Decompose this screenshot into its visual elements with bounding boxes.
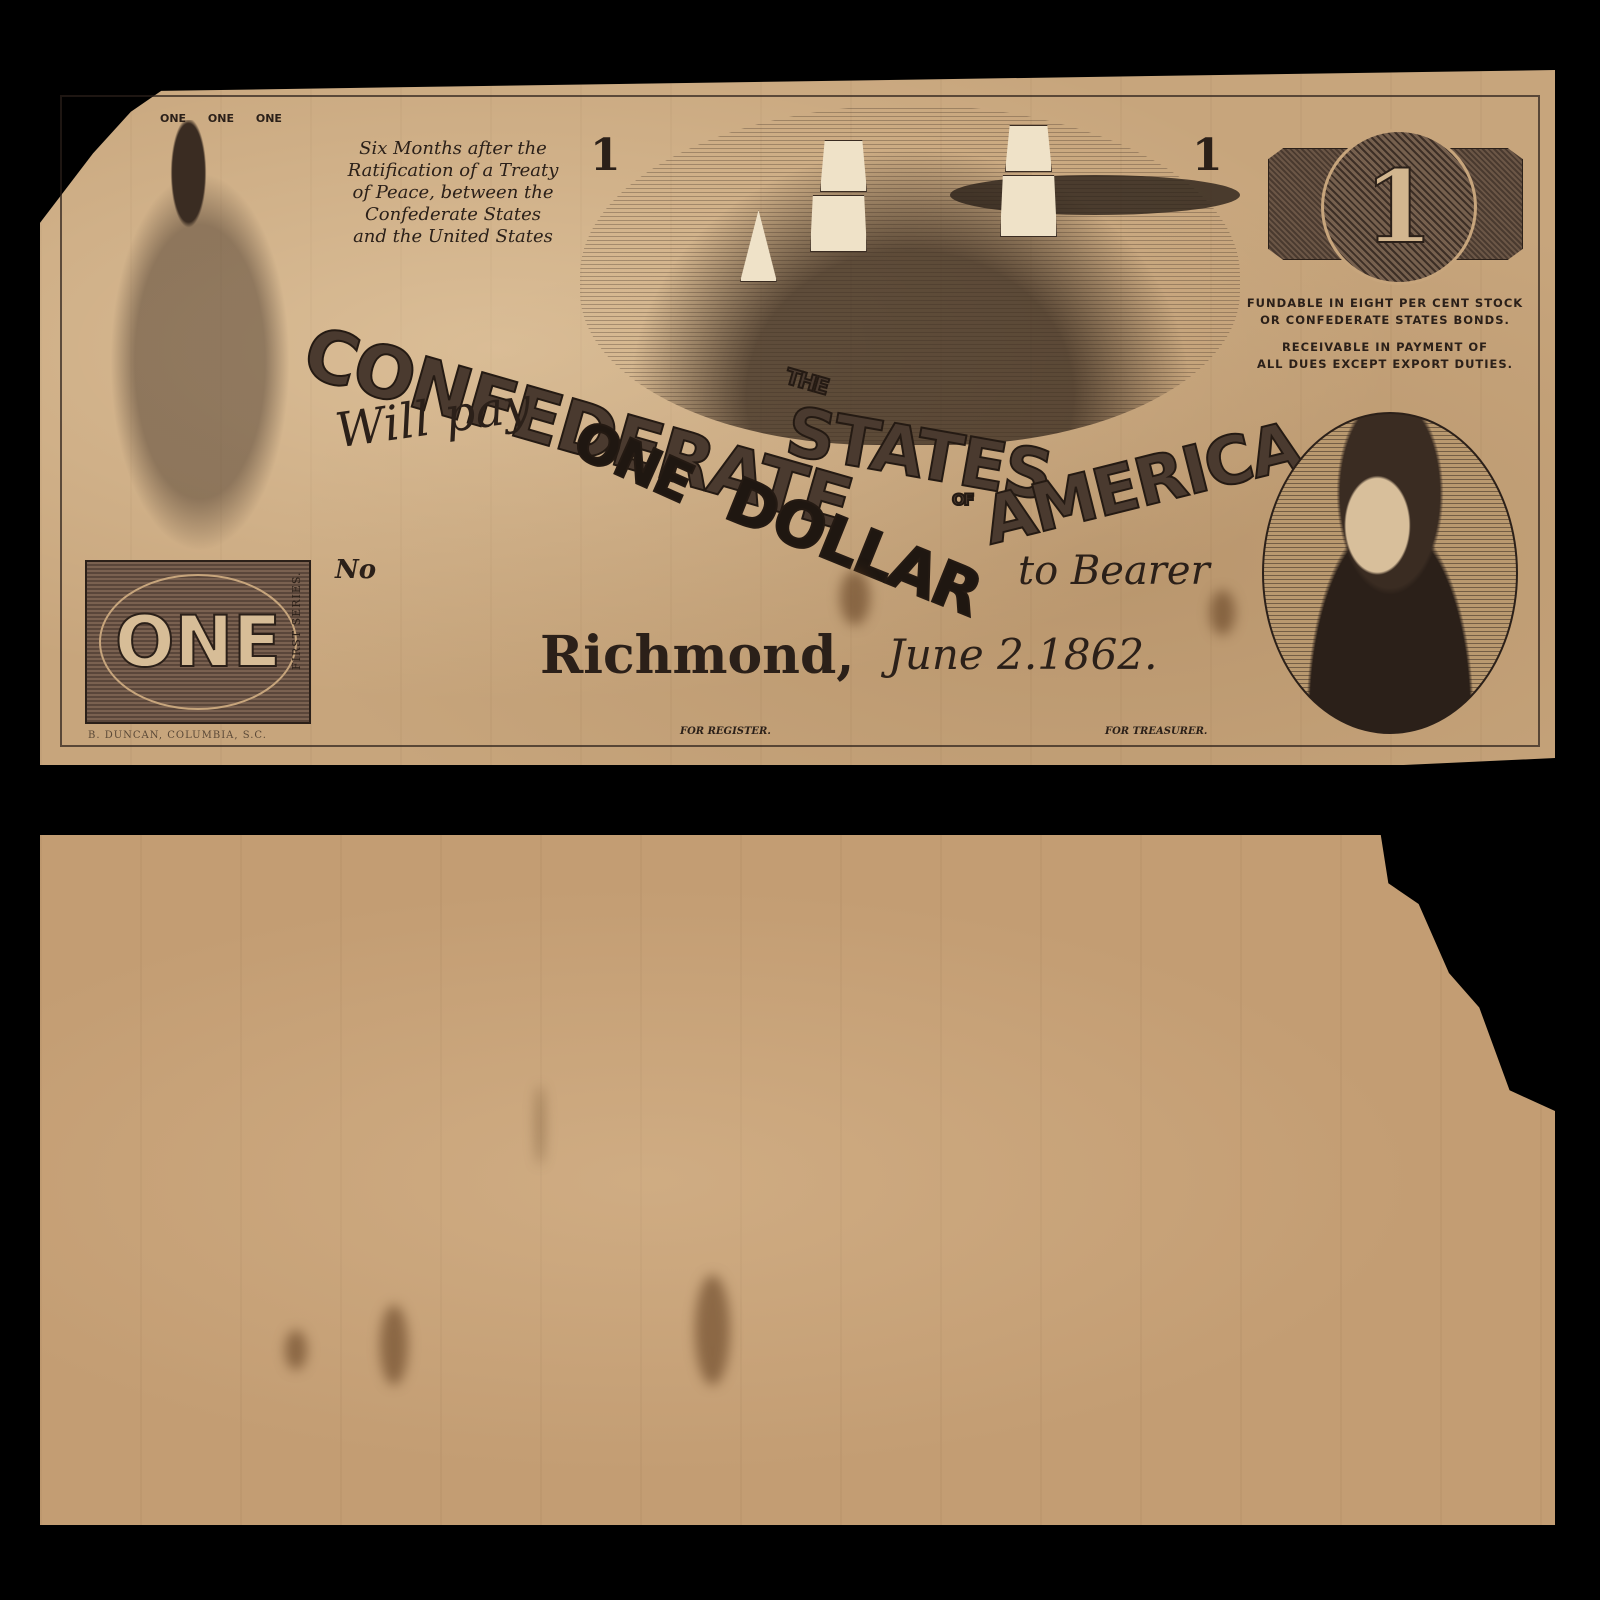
register-signature-label: FOR REGISTER. — [680, 726, 771, 737]
fold-mark — [535, 1085, 545, 1165]
woman-portrait-icon — [1262, 412, 1518, 734]
sail-icon — [1000, 175, 1057, 237]
clause-line: Six Months after the — [338, 138, 568, 160]
printer-imprint: B. DUNCAN, COLUMBIA, S.C. — [88, 730, 267, 741]
corner-numeral-left: 1 — [590, 130, 621, 181]
sail-icon — [820, 140, 867, 192]
clause-line: RECEIVABLE IN PAYMENT OF — [1235, 339, 1535, 356]
clause-line: ALL DUES EXCEPT EXPORT DUTIES. — [1235, 356, 1535, 373]
issue-date: June 2.1862. — [888, 630, 1157, 679]
value-emblem: 1 — [1268, 138, 1523, 270]
value-box-text: ONE — [115, 601, 281, 683]
stain — [1210, 590, 1235, 635]
spacer — [1235, 329, 1535, 339]
stain — [695, 1275, 730, 1385]
paper-background — [40, 835, 1555, 1525]
ribbon-banner: ONE ONE ONE — [160, 112, 300, 125]
title-of: OF — [952, 490, 973, 509]
value-box: ONE — [85, 560, 311, 724]
clause-line: of Peace, between the — [338, 182, 568, 204]
smoke-plume-icon — [950, 175, 1240, 215]
corner-numeral-right: 1 — [1192, 130, 1223, 181]
banknote-back — [40, 835, 1555, 1525]
ribbon-word: ONE — [208, 112, 234, 125]
value-oval: ONE — [99, 574, 297, 710]
to-bearer-text: to Bearer — [1018, 548, 1210, 594]
sail-icon — [810, 195, 867, 252]
clause-line: FUNDABLE IN EIGHT PER CENT STOCK — [1235, 295, 1535, 312]
steamship-vignette-icon — [580, 105, 1240, 445]
treasurer-signature-label: FOR TREASURER. — [1105, 726, 1207, 737]
clause-line: Ratification of a Treaty — [338, 160, 568, 182]
banknote-front: ONE ONE ONE Six Months after the Ratific… — [40, 70, 1555, 765]
emblem-circle: 1 — [1321, 129, 1477, 285]
city-text: Richmond, — [540, 625, 854, 686]
series-label: FIRST SERIES. — [290, 572, 303, 671]
clause-line: Confederate States — [338, 204, 568, 226]
allegorical-figure-icon — [85, 120, 315, 560]
emblem-digit: 1 — [1364, 148, 1434, 266]
six-months-clause: Six Months after the Ratification of a T… — [338, 138, 568, 248]
fundable-clause: FUNDABLE IN EIGHT PER CENT STOCK OR CONF… — [1235, 295, 1535, 373]
stain — [285, 1330, 307, 1370]
sail-icon — [1005, 125, 1052, 172]
clause-line: OR CONFEDERATE STATES BONDS. — [1235, 312, 1535, 329]
ribbon-word: ONE — [160, 112, 186, 125]
stain — [380, 1305, 408, 1385]
serial-number-label: No — [335, 555, 376, 585]
clause-line: and the United States — [338, 226, 568, 248]
ribbon-word: ONE — [256, 112, 282, 125]
stain — [840, 570, 870, 625]
